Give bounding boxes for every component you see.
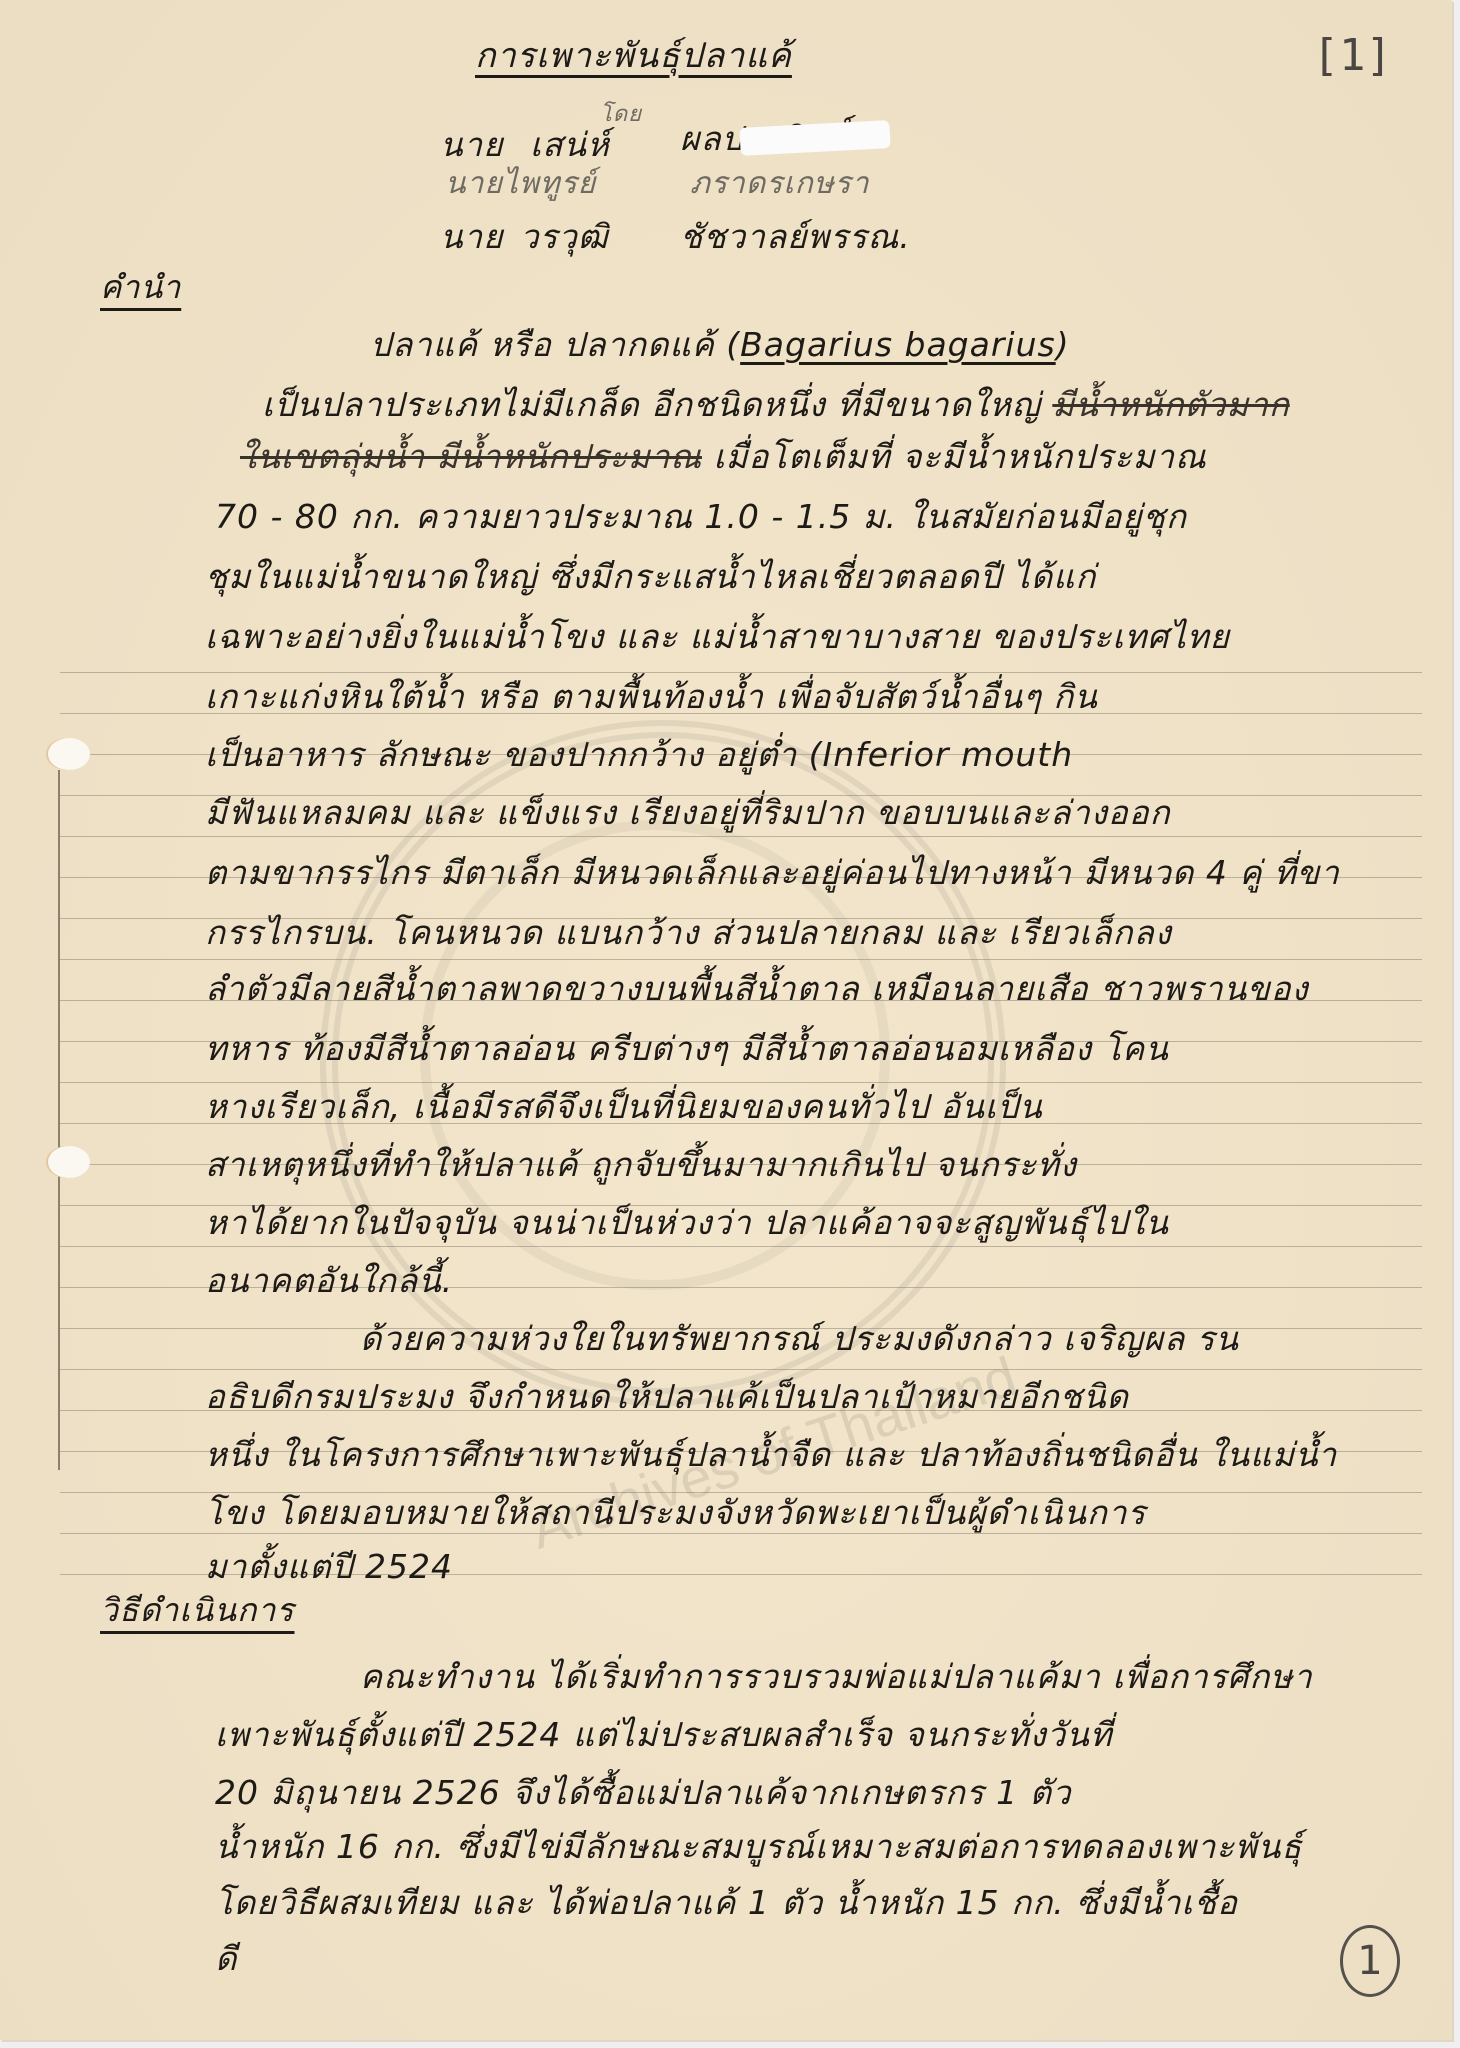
circled-page-number: 1 [1340,1925,1400,1997]
margin-line [58,770,60,1470]
author-3-name: วรวุฒิ [520,210,609,263]
author-3-prefix: นาย [440,210,503,263]
struck-text: มีน้ำหนักตัวมาก [1052,385,1289,424]
methods-line-3: 20 มิถุนายน 2526 จึงได้ซื้อแม่ปลาแค้จากเ… [215,1766,1072,1819]
intro-line-8: เป็นอาหาร ลักษณะ ของปากกว้าง อยู่ต่ำ (In… [205,728,1073,781]
intro-line-11: กรรไกรบน. โคนหนวด แบนกว้าง ส่วนปลายกลม แ… [205,906,1172,959]
methods-line-1: คณะทำงาน ได้เริ่มทำการรวบรวมพ่อแม่ปลาแค้… [360,1650,1313,1703]
intro-line-16: หาได้ยากในปัจจุบัน จนน่าเป็นห่วงว่า ปลาแ… [205,1196,1169,1249]
author-2-name: นายไพทูรย์ [445,160,596,207]
methods-line-6: ดี [215,1932,237,1985]
intro-line-21: โขง โดยมอบหมายให้สถานีประมงจังหวัดพะเยาเ… [205,1486,1146,1539]
author-3-surname: ชัชวาลย์พรรณ. [680,210,911,263]
section-heading-methods: วิธีดำเนินการ [100,1585,294,1636]
intro-line-7: เกาะแก่งหินใต้น้ำ หรือ ตามพื้นท้องน้ำ เพ… [205,670,1098,723]
intro-line-10: ตามขากรรไกร มีตาเล็ก มีหนวดเล็กและอยู่ค่… [205,846,1340,899]
intro-line-9: มีฟันแหลมคม และ แข็งแรง เรียงอยู่ที่ริมป… [205,786,1171,839]
scientific-name: Bagarius bagarius [740,325,1056,364]
intro-line-2: เป็นปลาประเภทไม่มีเกล็ด อีกชนิดหนึ่ง ที่… [262,378,1290,431]
intro-line-6: เฉพาะอย่างยิ่งในแม่น้ำโขง และ แม่น้ำสาขา… [205,610,1230,663]
intro-line-20: หนึ่ง ในโครงการศึกษาเพาะพันธุ์ปลาน้ำจืด … [205,1428,1337,1481]
intro-line-12: ลำตัวมีลายสีน้ำตาลพาดขวางบนพื้นสีน้ำตาล … [205,962,1309,1015]
methods-line-5: โดยวิธีผสมเทียม และ ได้พ่อปลาแค้ 1 ตัว น… [215,1876,1238,1929]
punch-hole-top [48,738,90,770]
intro-line-19: อธิบดีกรมประมง จึงกำหนดให้ปลาแค้เป็นปลาเ… [205,1370,1129,1423]
document-page: Archives of Thailand [1] การเพาะพันธุ์ปล… [0,0,1452,2040]
intro-line-15: สาเหตุหนึ่งที่ทำให้ปลาแค้ ถูกจับขึ้นมามา… [205,1138,1077,1191]
section-heading-intro: คำนำ [100,262,181,313]
author-2-surname: ภราดรเกษรา [690,160,869,207]
intro-line-18: ด้วยความห่วงใยในทรัพยากรณ์ ประมงดังกล่าว… [360,1312,1239,1365]
punch-hole-bottom [48,1146,90,1178]
document-title: การเพาะพันธุ์ปลาแค้ [475,28,792,82]
page-number: 1 [1357,1938,1382,1984]
intro-line-1: ปลาแค้ หรือ ปลากดแค้ (Bagarius bagarius) [370,318,1070,371]
methods-line-4: น้ำหนัก 16 กก. ซึ่งมีไข่มีลักษณะสมบูรณ์เ… [215,1820,1302,1873]
struck-text: ในเขตลุ่มน้ำ มีน้ำหนักประมาณ [240,437,702,476]
intro-line-4: 70 - 80 กก. ความยาวประมาณ 1.0 - 1.5 ม. ใ… [215,490,1187,543]
intro-line-3: ในเขตลุ่มน้ำ มีน้ำหนักประมาณ เมื่อโตเต็ม… [240,430,1207,483]
intro-line-5: ชุมในแม่น้ำขนาดใหญ่ ซึ่งมีกระแสน้ำไหลเชี… [205,550,1096,603]
intro-line-13: ทหาร ท้องมีสีน้ำตาลอ่อน ครีบต่างๆ มีสีน้… [205,1022,1169,1075]
methods-line-2: เพาะพันธุ์ตั้งแต่ปี 2524 แต่ไม่ประสบผลสำ… [215,1708,1113,1761]
intro-line-17: อนาคตอันใกล้นี้. [205,1254,453,1307]
intro-line-14: หางเรียวเล็ก, เนื้อมีรสดีจึงเป็นที่นิยมข… [205,1080,1043,1133]
page-marker: [1] [1313,30,1392,81]
